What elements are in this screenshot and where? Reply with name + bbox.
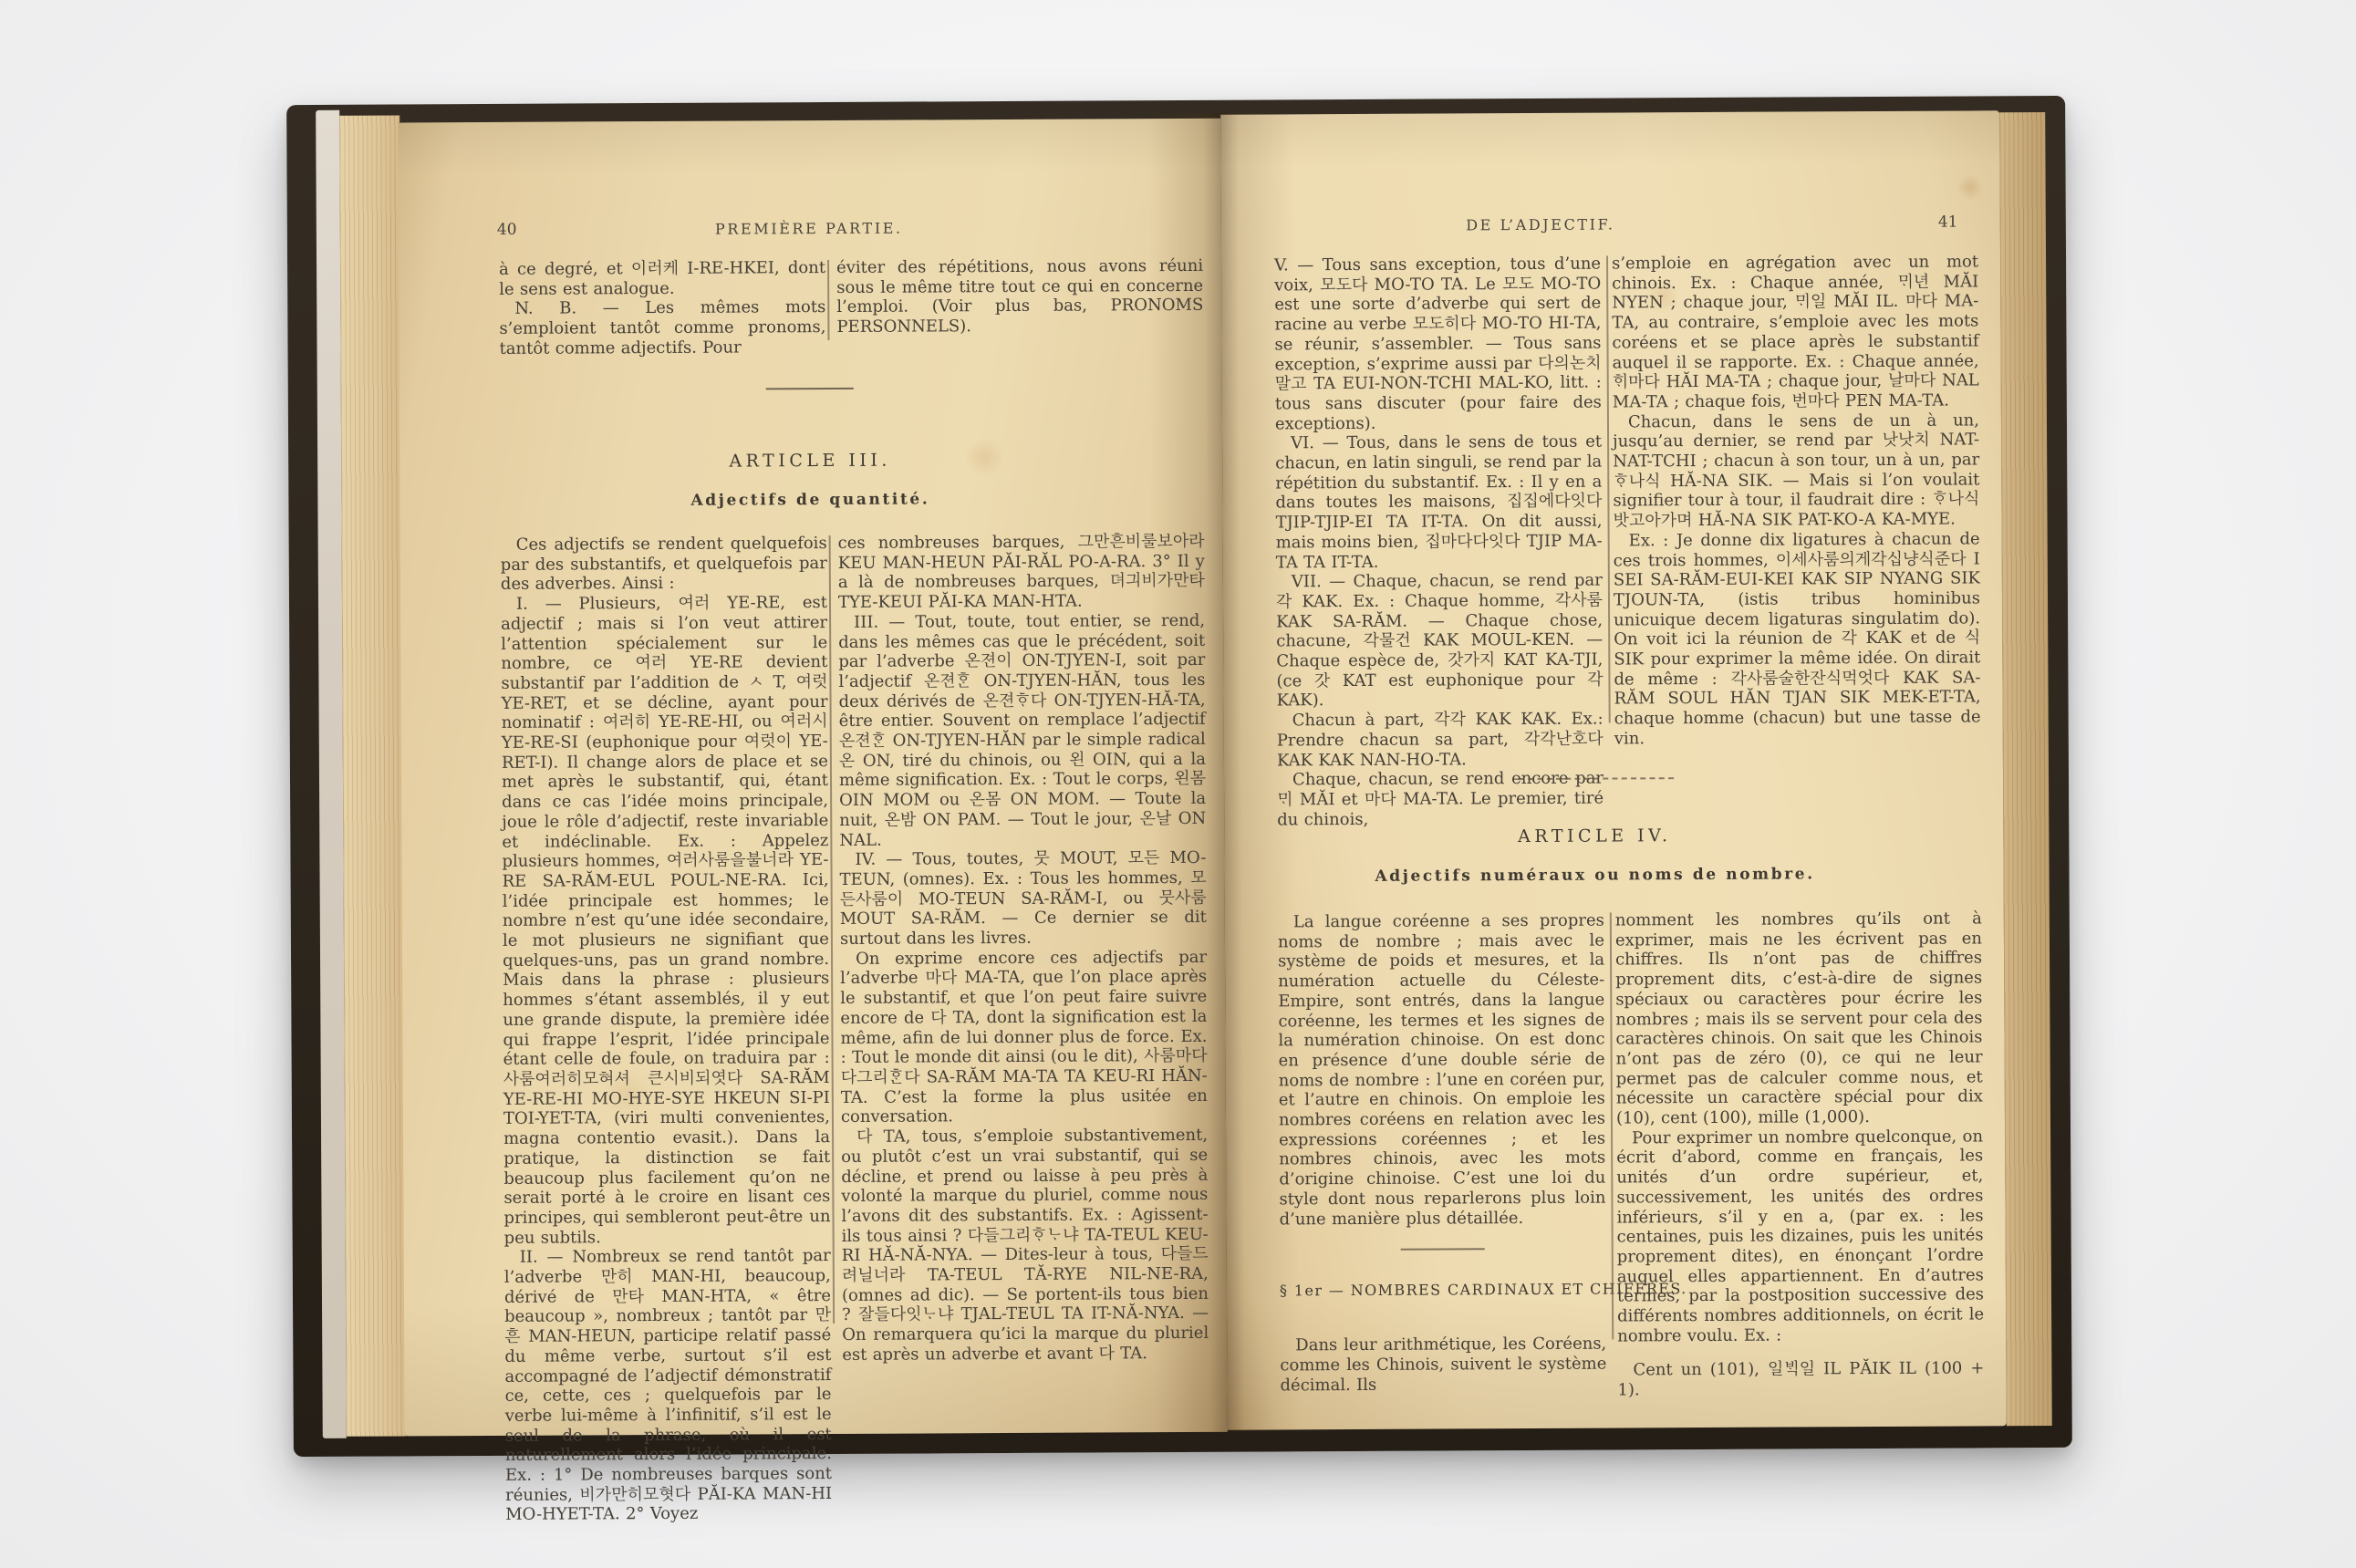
running-header-right: DE L’ADJECTIF.: [1466, 215, 1614, 234]
paragraph: V. — Tous sans exception, tous d’une voi…: [1274, 254, 1602, 434]
paragraph: Chacun, dans le sens de un à un, jusqu’a…: [1613, 410, 1980, 531]
right-page-stack-edge: [1999, 112, 2052, 1426]
article-iv-heading: ARTICLE IV.: [1518, 826, 1672, 846]
paragraph: La langue coréenne a ses propres noms de…: [1278, 911, 1606, 1230]
paragraph: 다 TA, tous, s’emploie substantivement, o…: [841, 1126, 1209, 1366]
paragraph: III. — Tout, toute, tout entier, se rend…: [838, 611, 1206, 851]
in-column-separator-rule: [1401, 1249, 1485, 1251]
paragraph: Chacun à part, 각각 KAK KAK. Ex.: Prendre …: [1277, 710, 1604, 771]
paragraph: s’emploie en agrégation avec un mot chin…: [1612, 252, 1979, 412]
page40-top-column-1: à ce degré, et 이러케 I-RE-HKEI, dont le se…: [499, 258, 826, 358]
paragraph: éviter des répétitions, nous avons réuni…: [836, 256, 1203, 337]
page40-body-column-2: ces nombreuses barques, 그만흔비룰보아라 KEU MAN…: [838, 532, 1209, 1366]
book-cover: 40 PREMIÈRE PARTIE. à ce degré, et 이러케 I…: [286, 96, 2072, 1457]
paragraph: à ce degré, et 이러케 I-RE-HKEI, dont le se…: [499, 258, 825, 299]
running-header-left: PREMIÈRE PARTIE.: [715, 220, 903, 238]
page41-body-column-2: nomment les nombres qu’ils ont à exprime…: [1615, 909, 1985, 1400]
page41-top-column-1: V. — Tous sans exception, tous d’une voi…: [1274, 254, 1604, 830]
article-iii-subheading: Adjectifs de quantité.: [690, 490, 929, 509]
page40-top-column-2: éviter des répétitions, nous avons réuni…: [836, 256, 1203, 337]
paragraph: VI. — Tous, dans le sens de tous et chac…: [1275, 432, 1603, 573]
paragraph-section-heading: § 1er — NOMBRES CARDINAUX ET CHIFFRES.: [1280, 1281, 1606, 1300]
paragraph: VII. — Chaque, chacun, se rend par 각 KAK…: [1276, 571, 1604, 711]
paragraph: ces nombreuses barques, 그만흔비룰보아라 KEU MAN…: [838, 532, 1205, 613]
page-number-40: 40: [497, 221, 517, 239]
paragraph: IV. — Tous, toutes, 뭇 MOUT, 모든 MO-TEUN, …: [839, 848, 1207, 950]
left-page-stack-edge: [339, 115, 407, 1436]
photo-of-open-book: 40 PREMIÈRE PARTIE. à ce degré, et 이러케 I…: [0, 0, 2356, 1568]
paragraph: N. B. — Les mêmes mots s’emploient tantô…: [499, 297, 825, 358]
article-iii-heading: ARTICLE III.: [729, 451, 891, 472]
paragraph: On exprime encore ces adjectifs par l’ad…: [840, 948, 1208, 1127]
paragraph: Pour exprimer un nombre quelconque, on é…: [1616, 1127, 1984, 1346]
page41-top-column-2: s’emploie en agrégation avec un mot chin…: [1612, 252, 1981, 749]
paragraph: Ces adjectifs se rendent quelquefois par…: [501, 534, 827, 595]
article-iv-subheading: Adjectifs numéraux ou noms de nombre.: [1375, 865, 1814, 886]
paragraph: I. — Plusieurs, 여러 YE-RE, est adjectif ;…: [501, 593, 831, 1248]
page41-body-column-1: La langue coréenne a ses propres noms de…: [1278, 911, 1607, 1396]
paragraph: Dans leur arithmétique, les Coréens, com…: [1280, 1334, 1606, 1396]
paragraph: Ex. : Je donne dix ligatures à chacun de…: [1614, 529, 1981, 749]
page40-body-column-1: Ces adjectifs se rendent quelquefois par…: [501, 534, 833, 1525]
paragraph: Cent un (101), 일ᄇᆡᆨ일 IL PĂIK IL (100 + 1…: [1617, 1359, 1984, 1401]
page-number-41: 41: [1938, 213, 1958, 232]
paragraph: nomment les nombres qu’ils ont à exprime…: [1615, 909, 1983, 1128]
paragraph: II. — Nombreux se rend tantôt par l’adve…: [504, 1246, 833, 1525]
